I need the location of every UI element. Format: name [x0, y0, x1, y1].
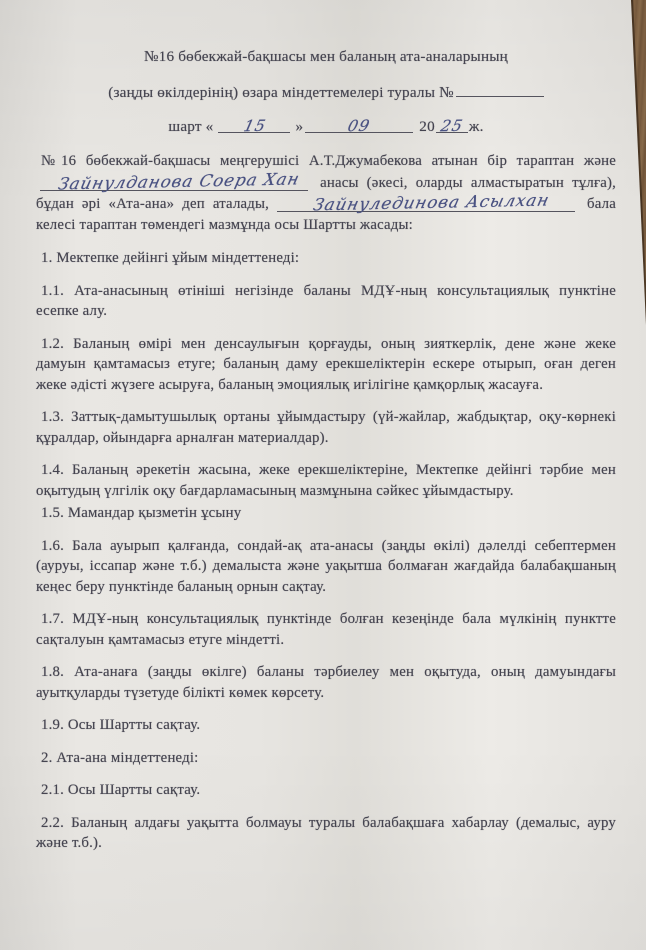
contract-paper: №16 бөбекжай-бақшасы мен баланың ата-ана…	[0, 0, 646, 950]
contract-number-blank	[456, 80, 544, 97]
clause-number: 1.5.	[41, 505, 64, 521]
clause-number: 2.2.	[41, 815, 64, 831]
handwritten-month: 09	[346, 116, 373, 137]
contract-clause: 2.1. Осы Шартты сақтау.	[36, 780, 616, 801]
date-year-blank: 25	[436, 116, 468, 133]
intro-paragraph: №16 бөбекжай-бақшасы меңгерушісі А.Т.Джу…	[36, 151, 616, 235]
handwritten-child-name: Зайнулединова Асылхан	[306, 190, 552, 216]
intro-part1: №16 бөбекжай-бақшасы меңгерушісі А.Т.Джу…	[41, 153, 616, 169]
contract-date-line: шарт «15»092025ж.	[36, 116, 616, 137]
clause-text: Бала ауырып қалғанда, сондай-ақ ата-анас…	[36, 538, 616, 595]
date-year-printed: 20	[419, 118, 435, 135]
clause-text: Ата-ана міндеттенеді:	[56, 750, 198, 766]
mother-name-blank: Зайнулданова Соера Хан	[40, 172, 308, 191]
handwritten-mother-name: Зайнулданова Соера Хан	[51, 169, 302, 195]
contract-clause: 1.6. Бала ауырып қалғанда, сондай-ақ ата…	[36, 536, 616, 598]
clause-text: Баланың өмірі мен денсаулығын қорғауды, …	[36, 336, 616, 393]
clause-number: 1.7.	[41, 611, 64, 627]
date-month-blank: 09	[305, 116, 413, 133]
clause-number: 1.1.	[41, 283, 64, 299]
clause-number: 1.9.	[41, 717, 64, 733]
clause-text: Баланың әрекетін жасына, жеке ерекшелікт…	[36, 462, 616, 499]
contract-clauses: 1. Мектепке дейінгі ұйым міндеттенеді: 1…	[36, 248, 616, 854]
contract-clause: 2. Ата-ана міндеттенеді:	[36, 748, 616, 769]
contract-clause: 1.3. Заттық-дамытушылық ортаны ұйымдасты…	[36, 407, 616, 448]
contract-clause: 1. Мектепке дейінгі ұйым міндеттенеді:	[36, 248, 616, 269]
date-day-blank: 15	[218, 116, 290, 133]
contract-title-line2-text: (заңды өкілдерінің) өзара міндеттемелері…	[108, 84, 454, 101]
clause-text: Мектепке дейінгі ұйым міндеттенеді:	[56, 250, 299, 266]
clause-text: МДҰ-ның консультациялық пунктінде болған…	[36, 611, 616, 648]
clause-number: 1.8.	[41, 664, 64, 680]
contract-clause: 1.2. Баланың өмірі мен денсаулығын қорға…	[36, 334, 616, 396]
contract-clause: 1.7. МДҰ-ның консультациялық пунктінде б…	[36, 609, 616, 650]
clause-number: 1.4.	[41, 462, 64, 478]
clause-number: 2.1.	[41, 782, 64, 798]
clause-number: 1.2.	[41, 336, 64, 352]
clause-text: Баланың алдағы уақытта болмауы туралы ба…	[36, 815, 616, 852]
child-name-blank: Зайнулединова Асылхан	[277, 193, 575, 212]
date-suffix: ж.	[469, 118, 484, 135]
contract-clause: 1.4. Баланың әрекетін жасына, жеке ерекш…	[36, 460, 616, 501]
clause-number: 1.	[41, 250, 53, 266]
contract-clause: 1.1. Ата-анасының өтініші негізінде бала…	[36, 281, 616, 322]
contract-clause: 1.9. Осы Шартты сақтау.	[36, 715, 616, 736]
clause-number: 2.	[41, 750, 53, 766]
clause-text: Ата-анасының өтініші негізінде баланы МД…	[36, 283, 616, 320]
contract-title-line1: №16 бөбекжай-бақшасы мен баланың ата-ана…	[36, 46, 616, 67]
clause-text: Заттық-дамытушылық ортаны ұйымдастыру (ү…	[36, 409, 616, 446]
date-close-quote: »	[295, 118, 303, 135]
contract-clause: 2.2. Баланың алдағы уақытта болмауы тура…	[36, 813, 616, 854]
contract-clause: 1.8. Ата-анаға (заңды өкілге) баланы тәр…	[36, 662, 616, 703]
clause-text: Мамандар қызметін ұсыну	[68, 505, 241, 521]
clause-text: Ата-анаға (заңды өкілге) баланы тәрбиеле…	[36, 664, 616, 701]
contract-word: шарт «	[168, 118, 213, 135]
contract-clause: 1.5. Мамандар қызметін ұсыну	[36, 503, 616, 524]
handwritten-day: 15	[241, 116, 268, 137]
handwritten-year: 25	[439, 116, 466, 137]
clause-number: 1.6.	[41, 538, 64, 554]
clause-text: Осы Шартты сақтау.	[68, 717, 200, 733]
clause-text: Осы Шартты сақтау.	[68, 782, 200, 798]
clause-number: 1.3.	[41, 409, 64, 425]
photo-of-contract: №16 бөбекжай-бақшасы мен баланың ата-ана…	[0, 0, 646, 950]
contract-title-line2: (заңды өкілдерінің) өзара міндеттемелері…	[36, 80, 616, 103]
